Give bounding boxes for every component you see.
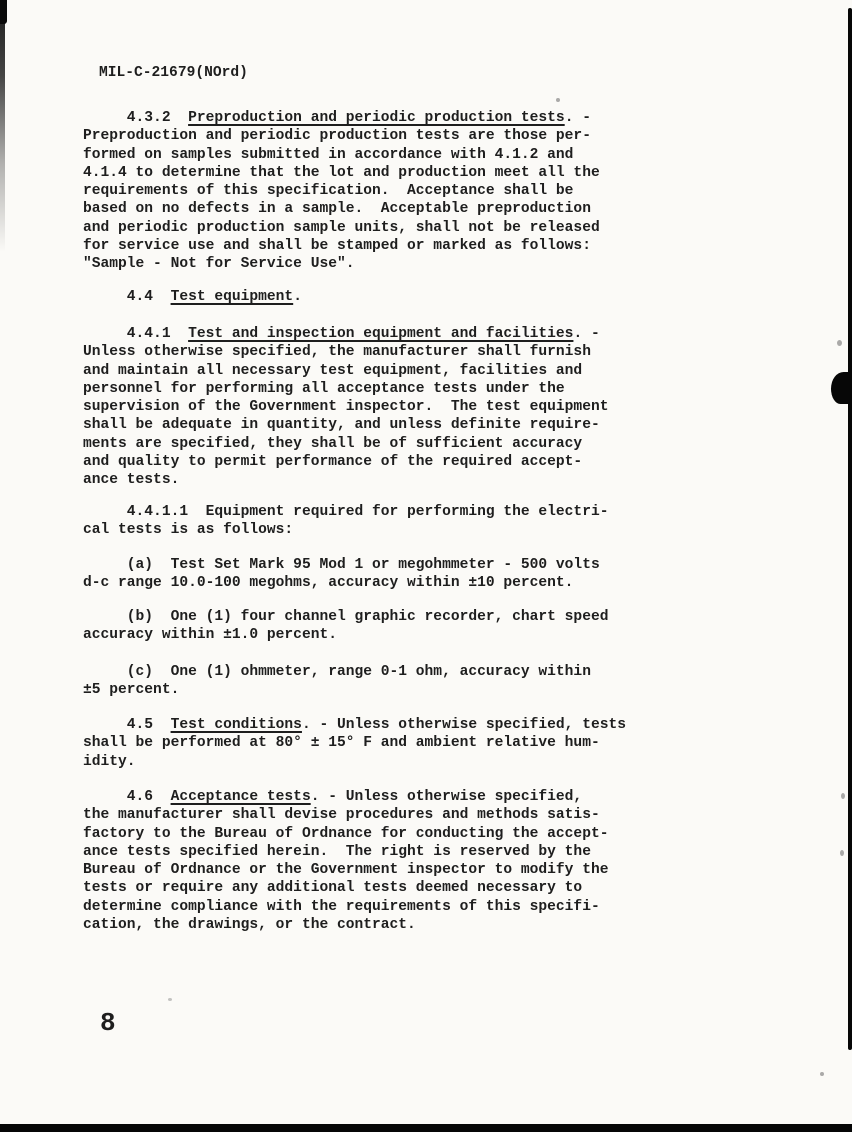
paragraph-4-4-1: 4.4.1 Test and inspection equipment and … bbox=[83, 325, 608, 490]
underlined-heading: Acceptance tests bbox=[171, 789, 311, 805]
list-item-a: (a) Test Set Mark 95 Mod 1 or megohmmete… bbox=[83, 556, 600, 593]
text-line: ance tests. bbox=[83, 471, 608, 489]
text-line: tests or require any additional tests de… bbox=[83, 879, 608, 897]
heading-number: 4.3.2 bbox=[83, 110, 188, 126]
text-line: 4.4.1.1 Equipment required for performin… bbox=[83, 503, 608, 521]
ink-blob bbox=[831, 372, 852, 404]
scan-speck bbox=[556, 98, 560, 102]
text-line: d-c range 10.0-100 megohms, accuracy wit… bbox=[83, 574, 600, 592]
heading-number: 4.6 bbox=[83, 789, 171, 805]
text-line: personnel for performing all acceptance … bbox=[83, 380, 608, 398]
text-line: shall be performed at 80° ± 15° F and am… bbox=[83, 734, 626, 752]
text-line: Preproduction and periodic production te… bbox=[83, 127, 600, 145]
text-line: (b) One (1) four channel graphic recorde… bbox=[83, 608, 608, 626]
scan-speck bbox=[820, 1072, 824, 1076]
paragraph-4-3-2: 4.3.2 Preproduction and periodic product… bbox=[83, 109, 600, 274]
underlined-heading: Test equipment bbox=[171, 289, 294, 305]
scan-corner-mark bbox=[0, 0, 7, 24]
text-line: ments are specified, they shall be of su… bbox=[83, 435, 608, 453]
text-line: Unless otherwise specified, the manufact… bbox=[83, 343, 608, 361]
text-line: cation, the drawings, or the contract. bbox=[83, 916, 608, 934]
text-line: 4.4 Test equipment. bbox=[83, 288, 302, 306]
heading-tail: . - Unless otherwise specified, tests bbox=[302, 717, 626, 733]
underlined-heading: Test conditions bbox=[171, 717, 302, 733]
paragraph-4-5: 4.5 Test conditions. - Unless otherwise … bbox=[83, 716, 626, 771]
text-line: for service use and shall be stamped or … bbox=[83, 237, 600, 255]
heading-4-4: 4.4 Test equipment. bbox=[83, 288, 302, 306]
heading-tail: . - bbox=[573, 326, 599, 342]
document-page: MIL-C-21679(NOrd) 4.3.2 Preproduction an… bbox=[0, 0, 852, 1132]
text-line: the manufacturer shall devise procedures… bbox=[83, 806, 608, 824]
doc-number: MIL-C-21679(NOrd) bbox=[99, 64, 248, 82]
text-line: and maintain all necessary test equipmen… bbox=[83, 362, 608, 380]
text-line: formed on samples submitted in accordanc… bbox=[83, 146, 600, 164]
paragraph-4-6: 4.6 Acceptance tests. - Unless otherwise… bbox=[83, 788, 608, 934]
text-line: shall be adequate in quantity, and unles… bbox=[83, 416, 608, 434]
text-line: cal tests is as follows: bbox=[83, 521, 608, 539]
text-line: factory to the Bureau of Ordnance for co… bbox=[83, 825, 608, 843]
text-line: idity. bbox=[83, 753, 626, 771]
text-line: and periodic production sample units, sh… bbox=[83, 219, 600, 237]
text-line: accuracy within ±1.0 percent. bbox=[83, 626, 608, 644]
underlined-heading: Preproduction and periodic production te… bbox=[188, 110, 565, 126]
text-line: (c) One (1) ohmmeter, range 0-1 ohm, acc… bbox=[83, 663, 591, 681]
underlined-heading: Test and inspection equipment and facili… bbox=[188, 326, 573, 342]
text-line: 4.4.1 Test and inspection equipment and … bbox=[83, 325, 608, 343]
text-line: 4.5 Test conditions. - Unless otherwise … bbox=[83, 716, 626, 734]
scan-bottom-border bbox=[0, 1124, 852, 1132]
heading-tail: . bbox=[293, 289, 302, 305]
text-line: 4.6 Acceptance tests. - Unless otherwise… bbox=[83, 788, 608, 806]
text-line: ±5 percent. bbox=[83, 681, 591, 699]
text-line: and quality to permit performance of the… bbox=[83, 453, 608, 471]
heading-number: 4.4 bbox=[83, 289, 171, 305]
scan-speck bbox=[840, 850, 844, 856]
scan-right-edge-line bbox=[848, 8, 852, 1050]
page-number: 8 bbox=[100, 1008, 116, 1038]
scan-speck bbox=[168, 998, 172, 1001]
text-line: requirements of this specification. Acce… bbox=[83, 182, 600, 200]
heading-tail: . - Unless otherwise specified, bbox=[311, 789, 583, 805]
text-line: supervision of the Government inspector.… bbox=[83, 398, 608, 416]
text-line: "Sample - Not for Service Use". bbox=[83, 255, 600, 273]
text-line: 4.1.4 to determine that the lot and prod… bbox=[83, 164, 600, 182]
text-line: 4.3.2 Preproduction and periodic product… bbox=[83, 109, 600, 127]
text-line: Bureau of Ordnance or the Government ins… bbox=[83, 861, 608, 879]
list-item-c: (c) One (1) ohmmeter, range 0-1 ohm, acc… bbox=[83, 663, 591, 700]
text-line: determine compliance with the requiremen… bbox=[83, 898, 608, 916]
heading-number: 4.4.1 bbox=[83, 326, 188, 342]
paragraph-4-4-1-1: 4.4.1.1 Equipment required for performin… bbox=[83, 503, 608, 540]
text-line: based on no defects in a sample. Accepta… bbox=[83, 200, 600, 218]
list-item-b: (b) One (1) four channel graphic recorde… bbox=[83, 608, 608, 645]
text-line: ance tests specified herein. The right i… bbox=[83, 843, 608, 861]
scan-speck bbox=[841, 793, 845, 799]
scan-left-edge-shadow bbox=[0, 0, 5, 252]
heading-number: 4.5 bbox=[83, 717, 171, 733]
text-line: (a) Test Set Mark 95 Mod 1 or megohmmete… bbox=[83, 556, 600, 574]
scan-speck bbox=[837, 340, 842, 346]
heading-tail: . - bbox=[565, 110, 591, 126]
